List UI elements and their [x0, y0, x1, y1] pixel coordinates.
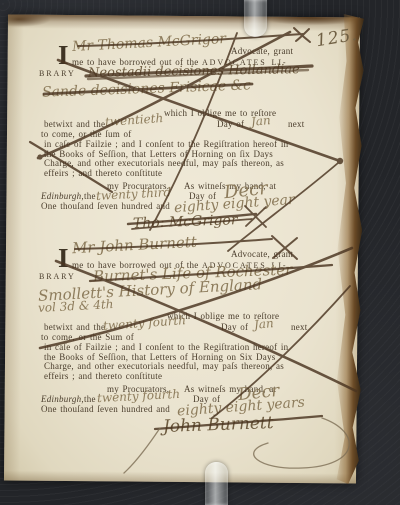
crossed-signature: Tho: McGrigor [133, 213, 238, 231]
plastic-strap-top [244, 0, 267, 37]
printed-next: next [288, 120, 305, 130]
drop-cap: I [58, 245, 69, 272]
printed-day-of: Day of [221, 323, 248, 333]
drop-cap: I [58, 42, 69, 69]
signature: John Burnett [163, 415, 274, 436]
printed-effeirs-line: effeirs ; and thereto conſtitute [44, 169, 162, 179]
handwritten-book-title-3: vol 3d & 4th [38, 298, 114, 314]
printed-effeirs-line: effeirs ; and thereto conſtitute [44, 372, 162, 382]
printed-next: next [291, 323, 308, 333]
printed-thousand-line: One thouſand ſeven hundred and [41, 202, 170, 212]
printed-brary: BRARY [39, 70, 76, 79]
printed-thousand-line: One thouſand ſeven hundred and [41, 405, 170, 415]
handwritten-due-month: Jan [251, 114, 272, 128]
printed-grant: Advocate, grant [231, 47, 293, 57]
handwritten-signed-day: twenty third [96, 186, 172, 202]
plastic-strap-bottom [205, 462, 228, 505]
handwritten-due-month: Jan [254, 317, 275, 331]
printed-day-of: Day of [217, 120, 244, 130]
printed-grant: Advocate, grant [231, 250, 293, 260]
printed-brary: BRARY [39, 273, 76, 282]
document-photo: 125. I Mr Thomas McGrigor Advocate, gran… [0, 0, 400, 505]
handwritten-book-title-1: Neostadii decisiones Hollandiae [88, 63, 300, 80]
